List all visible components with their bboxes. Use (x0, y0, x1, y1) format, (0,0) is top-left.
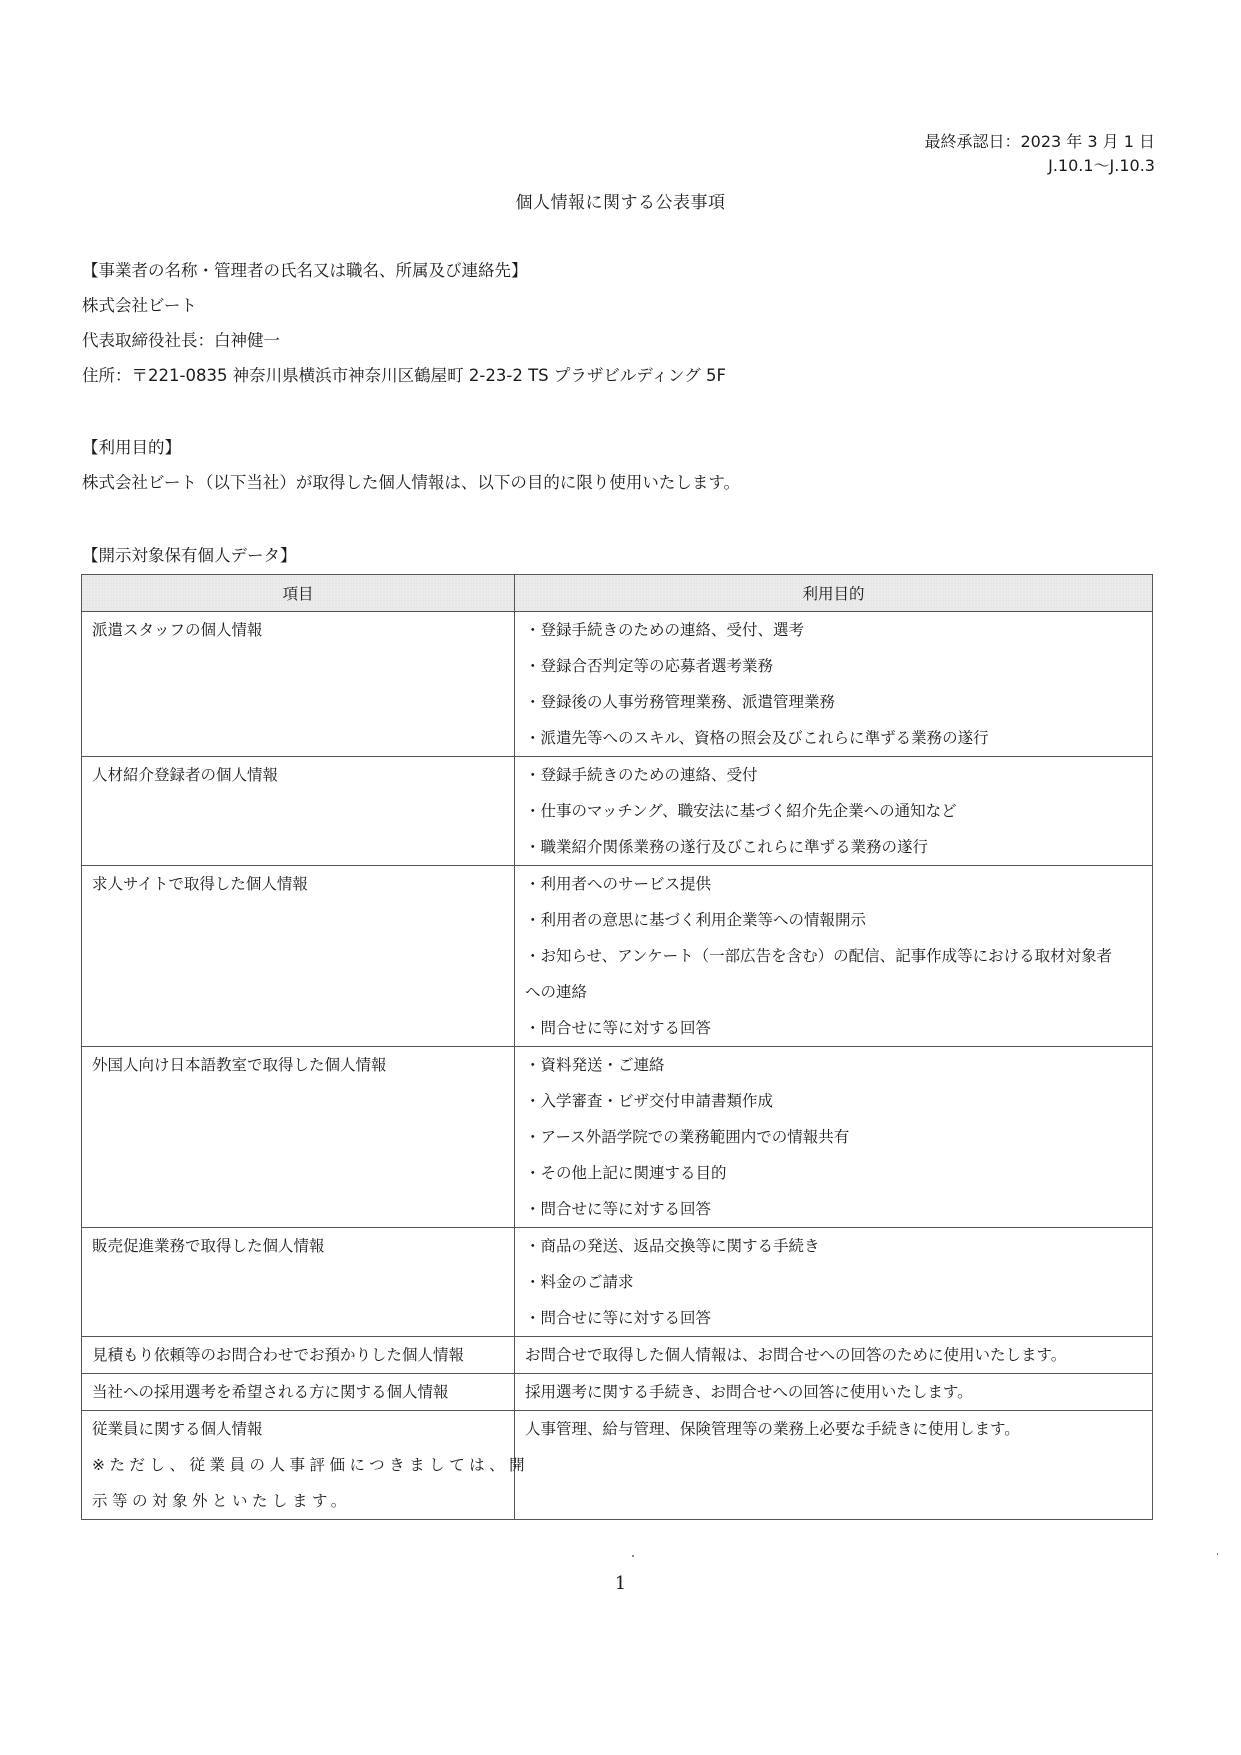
exclusion-note-cont: 示等の対象外といたします。 (92, 1483, 504, 1519)
purpose-cell: ・商品の発送、返品交換等に関する手続き ・料金のご請求 ・問合せに等に対する回答 (515, 1228, 1153, 1337)
table-row: 人材紹介登録者の個人情報 ・登録手続きのための連絡、受付 ・仕事のマッチング、職… (82, 757, 1153, 866)
page-number: 1 (0, 1573, 1241, 1594)
item-cell: 従業員に関する個人情報 ※ただし、従業員の人事評価につきましては、開 示等の対象… (82, 1411, 515, 1520)
purpose-cell: お問合せで取得した個人情報は、お問合せへの回答のために使用いたします。 (515, 1337, 1153, 1374)
personal-data-table: 項目 利用目的 派遣スタッフの個人情報 ・登録手続きのための連絡、受付、選考 ・… (81, 574, 1153, 1520)
item-cell: 人材紹介登録者の個人情報 (82, 757, 515, 866)
scan-speck (632, 1555, 634, 1557)
item-cell: 派遣スタッフの個人情報 (82, 612, 515, 757)
item-cell: 外国人向け日本語教室で取得した個人情報 (82, 1047, 515, 1228)
item-cell: 求人サイトで取得した個人情報 (82, 866, 515, 1047)
table-row: 求人サイトで取得した個人情報 ・利用者へのサービス提供 ・利用者の意思に基づく利… (82, 866, 1153, 1047)
table-row: 派遣スタッフの個人情報 ・登録手続きのための連絡、受付、選考 ・登録合否判定等の… (82, 612, 1153, 757)
item-cell: 販売促進業務で取得した個人情報 (82, 1228, 515, 1337)
purpose-cell: ・資料発送・ご連絡 ・入学審査・ビザ交付申請書類作成 ・アース外語学院での業務範… (515, 1047, 1153, 1228)
table-row: 販売促進業務で取得した個人情報 ・商品の発送、返品交換等に関する手続き ・料金の… (82, 1228, 1153, 1337)
table-row: 当社への採用選考を希望される方に関する個人情報 採用選考に関する手続き、お問合せ… (82, 1374, 1153, 1411)
purpose-cell: ・登録手続きのための連絡、受付 ・仕事のマッチング、職安法に基づく紹介先企業への… (515, 757, 1153, 866)
column-header-item: 項目 (82, 575, 515, 612)
item-cell: 当社への採用選考を希望される方に関する個人情報 (82, 1374, 515, 1411)
data-section-heading: 【開示対象保有個人データ】 (82, 538, 297, 573)
table-row: 見積もり依頼等のお問合わせでお預かりした個人情報 お問合せで取得した個人情報は、… (82, 1337, 1153, 1374)
business-info-heading: 【事業者の名称・管理者の氏名又は職名、所属及び連絡先】 (82, 253, 726, 288)
business-info-section: 【事業者の名称・管理者の氏名又は職名、所属及び連絡先】 株式会社ビート 代表取締… (82, 253, 726, 393)
table-header-row: 項目 利用目的 (82, 575, 1153, 612)
company-name: 株式会社ビート (82, 288, 726, 323)
company-address: 住所：〒221-0835 神奈川県横浜市神奈川区鶴屋町 2-23-2 TS プラ… (82, 358, 726, 393)
purpose-cell: 採用選考に関する手続き、お問合せへの回答に使用いたします。 (515, 1374, 1153, 1411)
purpose-cell: 人事管理、給与管理、保険管理等の業務上必要な手続きに使用します。 (515, 1411, 1153, 1520)
document-title: 個人情報に関する公表事項 (0, 188, 1241, 213)
column-header-purpose: 利用目的 (515, 575, 1153, 612)
representative: 代表取締役社長：白神健一 (82, 323, 726, 358)
data-section-heading-wrap: 【開示対象保有個人データ】 (82, 538, 297, 573)
scan-speck (1217, 1553, 1218, 1555)
approval-date: 最終承認日：2023 年 3 月 1 日 (924, 130, 1155, 154)
purpose-cell: ・登録手続きのための連絡、受付、選考 ・登録合否判定等の応募者選考業務 ・登録後… (515, 612, 1153, 757)
table-row: 外国人向け日本語教室で取得した個人情報 ・資料発送・ご連絡 ・入学審査・ビザ交付… (82, 1047, 1153, 1228)
purpose-heading: 【利用目的】 (82, 430, 740, 465)
exclusion-note: ※ただし、従業員の人事評価につきましては、開 (92, 1447, 504, 1483)
purpose-statement: 株式会社ビート（以下当社）が取得した個人情報は、以下の目的に限り使用いたします。 (82, 465, 740, 500)
purpose-section: 【利用目的】 株式会社ビート（以下当社）が取得した個人情報は、以下の目的に限り使… (82, 430, 740, 500)
clause-reference: J.10.1～J.10.3 (924, 154, 1155, 178)
purpose-cell: ・利用者へのサービス提供 ・利用者の意思に基づく利用企業等への情報開示 ・お知ら… (515, 866, 1153, 1047)
table-row: 従業員に関する個人情報 ※ただし、従業員の人事評価につきましては、開 示等の対象… (82, 1411, 1153, 1520)
document-header-meta: 最終承認日：2023 年 3 月 1 日 J.10.1～J.10.3 (924, 130, 1155, 178)
item-cell: 見積もり依頼等のお問合わせでお預かりした個人情報 (82, 1337, 515, 1374)
